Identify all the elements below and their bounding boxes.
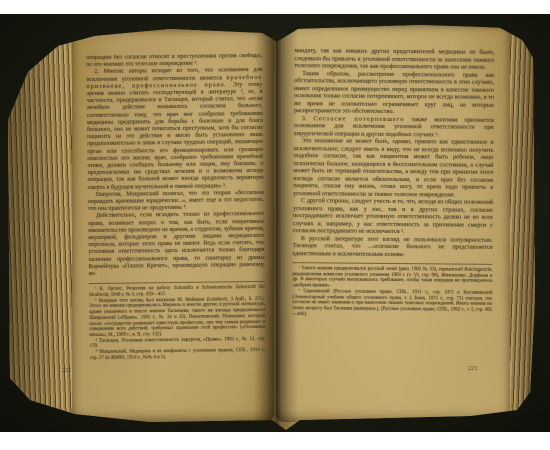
right-page-text-column: мандату, так как никаких других представ…: [292, 47, 495, 383]
paragraph: Действительно, если исходить только из п…: [88, 211, 265, 278]
paragraph: мандату, так как никаких других представ…: [294, 47, 494, 71]
footnote-block: ¹ Такого мнения придерживался русский се…: [292, 262, 492, 319]
paragraph: Это положение не может быть, однако, при…: [293, 137, 494, 199]
paragraph: В русской литературе этот взгляд не поль…: [293, 235, 493, 259]
photo-background: операцию без согласия относит к преступл…: [0, 14, 550, 432]
footnote: ⁴ Мокринский, Медицина и ее конфликты с …: [90, 348, 266, 362]
paragraph: Таким образом, рассмотрение профессионал…: [294, 70, 494, 117]
page-number-right: 223: [468, 366, 477, 372]
left-page-text-column: операцию без согласия относит к преступл…: [86, 53, 266, 375]
page-number-left: 222: [62, 368, 71, 374]
paragraph: 2. Многие авторы исходят из того, что ос…: [86, 67, 263, 192]
footnote: ² Сергеевский (Русское уголовное право, …: [292, 289, 492, 319]
paragraph: 3. Согласие потерпевшего также многими п…: [294, 115, 494, 139]
footnote: ² Впервые этот взгляд был высказан М. Ме…: [89, 297, 265, 339]
footnote: ¹ Такого мнения придерживался русский се…: [292, 266, 492, 291]
footnote-block: ¹ К. Эрглис, Рецензия на работу Schmidt'…: [89, 281, 266, 361]
open-book: операцию без согласия относит к преступл…: [6, 24, 538, 430]
paragraph: Напротив, Мокринский полагал, что эта те…: [88, 190, 264, 214]
paragraph-text: Эту точку зрения можно считать господств…: [86, 82, 263, 191]
paragraph: С другой стороны, следует учесть и то, ч…: [293, 197, 493, 236]
paragraph-text: 3.: [302, 115, 314, 122]
